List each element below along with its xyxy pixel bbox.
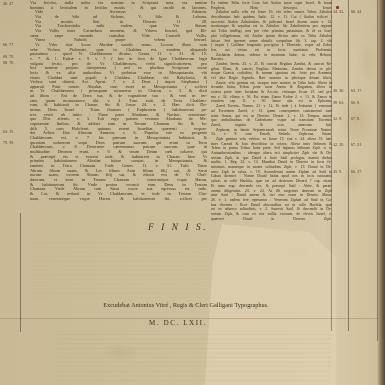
right-text-column: Ex eadem Tribu forte Lion fuit Aialon iu… — [211, 1, 332, 221]
text-line: ad Torrentem Zared, v. 13. quem conseque… — [211, 109, 332, 114]
margin-reference: 66. 44. — [351, 10, 368, 14]
text-line: pho colligebamus, vbi Aialon ipsum dicit… — [211, 34, 332, 39]
margin-reference: 66. 37. — [351, 170, 368, 174]
margin-reference: 34. 32. — [333, 10, 347, 14]
margin-reference: 32. 8. — [333, 117, 347, 121]
margin-reference: 68. 70. — [3, 55, 28, 59]
text-line: Zambri, Ierem. 25. v. 25. Et cunctis Reg… — [211, 62, 332, 67]
text-line: Ziph gemina vrbs videtur, ex Iosue 15. v… — [211, 137, 332, 142]
text-line: sertum Ziph, & cum eo tria millia viroru… — [211, 212, 332, 217]
margin-reference: 42. 30. — [333, 143, 347, 147]
imprint-date: M. DC. LXII. — [30, 319, 326, 327]
text-line: Zachariæ domus, videtur in montanis Iudæ… — [211, 53, 332, 58]
ink-speck — [336, 6, 339, 9]
latitude-reference-column: 66. 44.63. 17.66. 8.67. 8.67. 31.66. 37. — [351, 0, 368, 340]
page-edge-shadow — [377, 0, 385, 385]
margin-reference: 40. 30. — [333, 89, 347, 93]
longitude-reference-column: 34. 32.40. 30.38. 64.32. 8.42. 30.35. 9. — [333, 0, 347, 340]
printer-colophon: Excudebat Antonius Vitré , Regis & Cleri… — [30, 302, 342, 309]
text-line: Ex eadem Tribu forte Lion fuit Aialon iu… — [211, 1, 332, 6]
text-line: quæreret Dauid in Deserto Ziph. — [211, 217, 332, 222]
text-showthrough — [30, 242, 210, 300]
text-line: Zared, triginta & octo annorum fuit. — [211, 123, 332, 128]
text-line: vel alia Regio legenda. Hæc nomina in pl… — [211, 76, 332, 81]
margin-reference: 35. 9. — [333, 170, 347, 174]
margin-reference: 79. 39. — [3, 141, 28, 145]
text-line: naan, venerantque vsque Haran, & habitau… — [30, 197, 207, 202]
margin-reference: 63. 17. — [351, 89, 368, 93]
margin-reference: 46. 47. — [3, 2, 28, 6]
text-showthrough — [55, 334, 331, 382]
text-line: lon, cui vicina est in locis maritimis P… — [211, 48, 332, 53]
right-margin-rule-1 — [331, 0, 332, 331]
margin-reference: 64. 15. — [3, 130, 28, 134]
book-page-scan: 46. 47.66. 77.68. 70.68. 70.64. 15.79. 3… — [0, 0, 385, 385]
left-text-column: Via Iericho, nulla nobis via nomine in S… — [30, 1, 207, 201]
right-margin-rule-2 — [348, 0, 349, 331]
text-line: 26. v. 1. eadem ferè repetuntur : Veneru… — [211, 198, 332, 203]
text-line: Et nunc ergo descende rex, & præcepit Sa… — [211, 184, 332, 189]
margin-reference: 66. 77. — [3, 43, 28, 47]
margin-reference: 38. 64. — [333, 101, 347, 105]
margin-reference: 66. 8. — [351, 101, 368, 105]
margin-reference: 68. 70. — [3, 61, 28, 65]
margin-reference: 67. 31. — [351, 143, 368, 147]
left-margin-rule — [20, 213, 21, 332]
finis-label: F I N I S. — [30, 223, 326, 233]
margin-reference: 67. 8. — [351, 117, 368, 121]
text-line: Animaduersionibus : ideoque altera erit … — [211, 151, 332, 156]
left-margin-references: 46. 47.66. 77.68. 70.68. 70.64. 15.79. 3… — [3, 0, 28, 340]
